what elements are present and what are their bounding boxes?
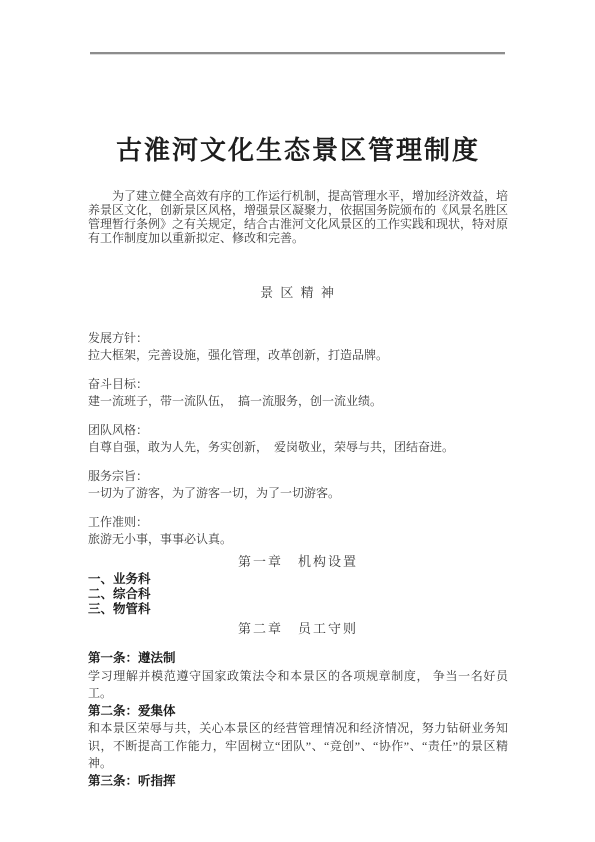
chapter-2-heading: 第二章 员工守则 bbox=[88, 621, 508, 637]
rule-text: 学习理解并模范遵守国家政策法令和本景区的各项规章制度， 争当一名好员工。 bbox=[88, 668, 508, 703]
rules-section: 第一条：遵法制 学习理解并模范遵守国家政策法令和本景区的各项规章制度， 争当一名… bbox=[88, 650, 508, 790]
spirit-item-label: 奋斗目标： bbox=[88, 376, 508, 393]
department-item: 三、物管科 bbox=[88, 602, 508, 617]
spirit-item-label: 团队风格： bbox=[88, 422, 508, 439]
spirit-item-work-rule: 工作准则： 旅游无小事，事事必认真。 bbox=[88, 514, 508, 547]
spirit-item-text: 一切为了游客，为了游客一切，为了一切游客。 bbox=[88, 485, 508, 502]
spirit-item-label: 发展方针： bbox=[88, 330, 508, 347]
department-item: 一、业务科 bbox=[88, 572, 508, 587]
spirit-item-label: 服务宗旨： bbox=[88, 468, 508, 485]
rule-label: 第二条：爱集体 bbox=[88, 703, 508, 721]
document-content: 古淮河文化生态景区管理制度 为了建立健全高效有序的工作运行机制，提高管理水平，增… bbox=[88, 0, 508, 790]
rule-label: 第三条：听指挥 bbox=[88, 773, 508, 791]
spirit-item-text: 拉大框架，完善设施，强化管理，改革创新，打造品牌。 bbox=[88, 347, 508, 364]
rule-label: 第一条：遵法制 bbox=[88, 650, 508, 668]
spirit-heading: 景 区 精 神 bbox=[88, 285, 508, 301]
spirit-item-text: 自尊自强，敢为人先，务实创新， 爱岗敬业，荣辱与共，团结奋进。 bbox=[88, 439, 508, 456]
rule-text: 和本景区荣辱与共，关心本景区的经营管理情况和经济情况，努力钻研业务知识，不断提高… bbox=[88, 720, 508, 773]
department-list: 一、业务科 二、综合科 三、物管科 bbox=[88, 572, 508, 617]
spirit-item-text: 建一流班子，带一流队伍， 搞一流服务，创一流业绩。 bbox=[88, 393, 508, 410]
spirit-item-goal: 奋斗目标： 建一流班子，带一流队伍， 搞一流服务，创一流业绩。 bbox=[88, 376, 508, 409]
document-page: 古淮河文化生态景区管理制度 为了建立健全高效有序的工作运行机制，提高管理水平，增… bbox=[0, 0, 595, 842]
spirit-item-development: 发展方针： 拉大框架，完善设施，强化管理，改革创新，打造品牌。 bbox=[88, 330, 508, 363]
intro-paragraph: 为了建立健全高效有序的工作运行机制，提高管理水平，增加经济效益，培养景区文化，创… bbox=[88, 189, 508, 245]
spirit-item-text: 旅游无小事，事事必认真。 bbox=[88, 531, 508, 548]
document-title: 古淮河文化生态景区管理制度 bbox=[88, 136, 508, 166]
chapter-1-heading: 第一章 机构设置 bbox=[88, 554, 508, 570]
spirit-item-team-style: 团队风格： 自尊自强，敢为人先，务实创新， 爱岗敬业，荣辱与共，团结奋进。 bbox=[88, 422, 508, 455]
spirit-item-label: 工作准则： bbox=[88, 514, 508, 531]
department-item: 二、综合科 bbox=[88, 587, 508, 602]
spirit-item-service: 服务宗旨： 一切为了游客，为了游客一切，为了一切游客。 bbox=[88, 468, 508, 501]
